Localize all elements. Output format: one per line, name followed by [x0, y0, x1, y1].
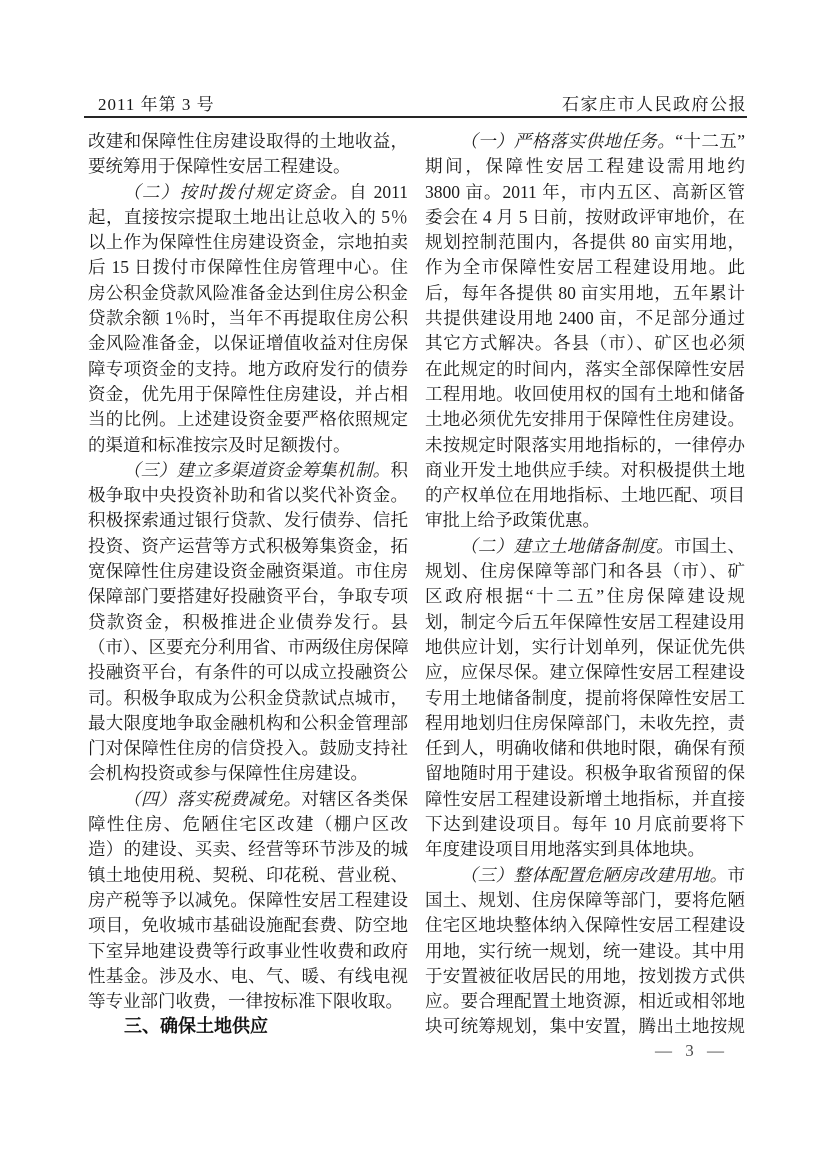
page-header: 2011 年第 3 号 石家庄市人民政府公报 [84, 90, 747, 115]
text-line: （一）严格落实供地任务。“十二五” [425, 129, 745, 154]
line-text: 会机构投资或参与保障性住房建设。 [88, 763, 368, 783]
text-line: 其它方式解决。各县（市）、矿区也必须 [425, 331, 745, 356]
line-text: 性基金。涉及水、电、气、暖、有线电视 [88, 966, 408, 986]
header-rule [84, 116, 747, 118]
text-line: 门对保障性住房的信贷投入。鼓励支持社 [88, 736, 408, 761]
text-line: 地供应计划，实行计划单列，保证优先供 [425, 635, 745, 660]
line-text: 保障部门要搭建好投融资平台，争取专项 [88, 586, 408, 606]
text-line: 司。积极争取成为公积金贷款试点城市， [88, 686, 408, 711]
line-text: 后 15 日拨付市保障性住房管理中心。住 [88, 257, 408, 277]
line-text: 当的比例。上述建设资金要严格依照规定 [88, 409, 408, 429]
text-line: （三）建立多渠道资金筹集机制。积 [88, 458, 408, 483]
line-text: 下室异地建设费等行政事业性收费和政府 [88, 941, 408, 961]
text-line: 程用地划归住房保障部门，未收先控，责 [425, 711, 745, 736]
text-line: 房产税等予以减免。保障性安居工程建设 [88, 888, 408, 913]
line-text: “十二五” [675, 131, 745, 151]
text-line: 后，每年各提供 80 亩实用地，五年累计 [425, 281, 745, 306]
line-text: 划，制定今后五年保障性安居工程建设用 [425, 612, 745, 632]
subsection-title: （二）按时拨付规定资金。 [123, 182, 349, 202]
line-text: 专用土地储备制度，提前将保障性安居工 [425, 688, 745, 708]
text-line: 商业开发土地供应手续。对积极提供土地 [425, 458, 745, 483]
subsection-title: （三）整体配置危陋房改建用地。 [460, 865, 728, 885]
text-line: 下室异地建设费等行政事业性收费和政府 [88, 939, 408, 964]
line-text: 极争取中央投资补助和省以奖代补资金。 [88, 485, 408, 505]
text-line: 改建和保障性住房建设取得的土地收益， [88, 129, 408, 154]
line-text: 以上作为保障性住房建设资金，宗地拍卖 [88, 232, 408, 252]
line-text: 区政府根据“十二五”住房保障建设规 [425, 586, 745, 606]
text-line: 区政府根据“十二五”住房保障建设规 [425, 584, 745, 609]
line-text: 市 [728, 865, 746, 885]
line-text: 镇土地使用税、契税、印花税、营业税、 [88, 865, 408, 885]
text-column-left: 改建和保障性住房建设取得的土地收益，要统筹用于保障性安居工程建设。（二）按时拨付… [88, 129, 408, 1040]
text-line: 规划控制范围内，各提供 80 亩实用地， [425, 230, 745, 255]
line-text: 障性住房、危陋住宅区改建（棚户区改 [88, 814, 408, 834]
text-line: 规划、住房保障等部门和各县（市）、矿 [425, 559, 745, 584]
text-line: （市）、区要充分利用省、市两级住房保障 [88, 635, 408, 660]
text-line: 留地随时用于建设。积极争取省预留的保 [425, 761, 745, 786]
line-text: 应。要合理配置土地资源，相近或相邻地 [425, 991, 745, 1011]
subsection-title: （三）建立多渠道资金筹集机制。 [123, 460, 391, 480]
text-line: 最大限度地争取金融机构和公积金管理部 [88, 711, 408, 736]
line-text: 任到人，明确收储和供地时限，确保有预 [425, 738, 745, 758]
line-text: 年度建设项目用地落实到具体地块。 [425, 839, 705, 859]
line-text: 后，每年各提供 80 亩实用地，五年累计 [425, 283, 745, 303]
line-text: 土地必须优先安排用于保障性住房建设。 [425, 409, 745, 429]
text-line: 3800 亩。2011 年，市内五区、高新区管 [425, 180, 745, 205]
line-text: 项目，免收城市基础设施配套费、防空地 [88, 915, 408, 935]
text-line: 作为全市保障性安居工程建设用地。此 [425, 255, 745, 280]
text-line: 房公积金贷款风险准备金达到住房公积金 [88, 281, 408, 306]
line-text: 造）的建设、买卖、经营等环节涉及的城 [88, 839, 408, 859]
text-line: 的渠道和标准按宗及时足额拨付。 [88, 433, 408, 458]
text-line: 贷款余额 1％时，当年不再提取住房公积 [88, 306, 408, 331]
text-line: 资金，优先用于保障性住房建设，并占相 [88, 382, 408, 407]
line-text: 下达到建设项目。每年 10 月底前要将下 [425, 814, 745, 834]
text-line: 块可统筹规划，集中安置，腾出土地按规 [425, 1014, 745, 1039]
text-line: 造）的建设、买卖、经营等环节涉及的城 [88, 837, 408, 862]
line-text: 最大限度地争取金融机构和公积金管理部 [88, 713, 408, 733]
line-text: 等专业部门收费，一律按标准下限收取。 [88, 991, 403, 1011]
text-line: 要统筹用于保障性安居工程建设。 [88, 154, 408, 179]
text-line: （四）落实税费减免。对辖区各类保 [88, 787, 408, 812]
text-line: 于安置被征收居民的用地，按划拨方式供 [425, 964, 745, 989]
text-line: 障专项资金的支持。地方政府发行的债券 [88, 357, 408, 382]
text-line: 镇土地使用税、契税、印花税、营业税、 [88, 863, 408, 888]
line-text: 积极探索通过银行贷款、发行债券、信托 [88, 510, 408, 530]
page-number: — 3 — [655, 1041, 725, 1061]
line-text: 块可统筹规划，集中安置，腾出土地按规 [425, 1016, 745, 1036]
line-text: 留地随时用于建设。积极争取省预留的保 [425, 763, 745, 783]
line-text: 市国土、 [674, 536, 745, 556]
subsection-title: （四）落实税费减免。 [123, 789, 301, 809]
text-line: （二）建立土地储备制度。市国土、 [425, 534, 745, 559]
line-text: 积 [391, 460, 409, 480]
line-text: 起，直接按宗提取土地出让总收入的 5％ [88, 207, 408, 227]
header-issue-number: 2011 年第 3 号 [84, 90, 215, 115]
text-line: 国土、规划、住房保障等部门，要将危陋 [425, 888, 745, 913]
line-text: 程用地划归住房保障部门，未收先控，责 [425, 713, 745, 733]
header-publication-title: 石家庄市人民政府公报 [562, 90, 747, 115]
line-text: 用地，实行统一规划，统一建设。其中用 [425, 941, 745, 961]
subsection-title: （一）严格落实供地任务。 [460, 131, 675, 151]
line-text: 地供应计划，实行计划单列，保证优先供 [425, 637, 745, 657]
line-text: 未按规定时限落实用地指标的，一律停办 [425, 435, 745, 455]
text-line: 投资、资产运营等方式积极筹集资金，拓 [88, 534, 408, 559]
text-line: 投融资平台，有条件的可以成立投融资公 [88, 660, 408, 685]
text-line: 金风险准备金，以保证增值收益对住房保 [88, 331, 408, 356]
line-text: 资金，优先用于保障性住房建设，并占相 [88, 384, 408, 404]
text-line: 当的比例。上述建设资金要严格依照规定 [88, 407, 408, 432]
text-line: 划，制定今后五年保障性安居工程建设用 [425, 610, 745, 635]
line-text: 障性安居工程建设新增土地指标，并直接 [425, 789, 745, 809]
line-text: 金风险准备金，以保证增值收益对住房保 [88, 333, 408, 353]
line-text: 3800 亩。2011 年，市内五区、高新区管 [425, 182, 745, 202]
line-text: 住宅区地块整体纳入保障性安居工程建设 [425, 915, 745, 935]
line-text: 商业开发土地供应手续。对积极提供土地 [425, 460, 745, 480]
text-line: 等专业部门收费，一律按标准下限收取。 [88, 989, 408, 1014]
line-text: 改建和保障性住房建设取得的土地收益， [88, 131, 408, 151]
line-text: 的渠道和标准按宗及时足额拨付。 [88, 435, 351, 455]
line-text: （市）、区要充分利用省、市两级住房保障 [88, 637, 408, 657]
line-text: 贷款余额 1％时，当年不再提取住房公积 [88, 308, 408, 328]
line-text: 投融资平台，有条件的可以成立投融资公 [88, 662, 408, 682]
line-text: 委会在 4 月 5 日前，按财政评审地价，在 [425, 207, 745, 227]
text-line: 在此规定的时间内，落实全部保障性安居 [425, 357, 745, 382]
line-text: 其它方式解决。各县（市）、矿区也必须 [425, 333, 745, 353]
text-line: （三）整体配置危陋房改建用地。市 [425, 863, 745, 888]
line-text: 应，应保尽保。建立保障性安居工程建设 [425, 662, 745, 682]
text-line: 积极探索通过银行贷款、发行债券、信托 [88, 508, 408, 533]
line-text: 规划控制范围内，各提供 80 亩实用地， [425, 232, 745, 252]
text-line: 任到人，明确收储和供地时限，确保有预 [425, 736, 745, 761]
line-text: 对辖区各类保 [301, 789, 408, 809]
line-text: 国土、规划、住房保障等部门，要将危陋 [425, 890, 745, 910]
text-line: 项目，免收城市基础设施配套费、防空地 [88, 913, 408, 938]
text-line: 应，应保尽保。建立保障性安居工程建设 [425, 660, 745, 685]
text-line: 年度建设项目用地落实到具体地块。 [425, 837, 745, 862]
text-line: 共提供建设用地 2400 亩，不足部分通过 [425, 306, 745, 331]
text-line: 起，直接按宗提取土地出让总收入的 5％ [88, 205, 408, 230]
line-text: 障专项资金的支持。地方政府发行的债券 [88, 359, 408, 379]
text-line: 保障部门要搭建好投融资平台，争取专项 [88, 584, 408, 609]
line-text: 房产税等予以减免。保障性安居工程建设 [88, 890, 408, 910]
line-text: 在此规定的时间内，落实全部保障性安居 [425, 359, 745, 379]
text-line: 后 15 日拨付市保障性住房管理中心。住 [88, 255, 408, 280]
text-line: 未按规定时限落实用地指标的，一律停办 [425, 433, 745, 458]
line-text: 于安置被征收居民的用地，按划拨方式供 [425, 966, 745, 986]
text-line: 下达到建设项目。每年 10 月底前要将下 [425, 812, 745, 837]
gazette-page: 2011 年第 3 号 石家庄市人民政府公报 改建和保障性住房建设取得的土地收益… [0, 0, 826, 1169]
text-line: 专用土地储备制度，提前将保障性安居工 [425, 686, 745, 711]
line-text: 门对保障性住房的信贷投入。鼓励支持社 [88, 738, 408, 758]
text-line: 用地，实行统一规划，统一建设。其中用 [425, 939, 745, 964]
line-text: 作为全市保障性安居工程建设用地。此 [425, 257, 745, 277]
text-line: （二）按时拨付规定资金。自 2011 年 [88, 180, 408, 205]
text-line: 以上作为保障性住房建设资金，宗地拍卖 [88, 230, 408, 255]
line-text: 投资、资产运营等方式积极筹集资金，拓 [88, 536, 408, 556]
text-line: 的产权单位在用地指标、土地匹配、项目 [425, 483, 745, 508]
text-line: 贷款资金，积极推进企业债券发行。县 [88, 610, 408, 635]
text-line: 期间，保障性安居工程建设需用地约 [425, 154, 745, 179]
line-text: 要统筹用于保障性安居工程建设。 [88, 156, 351, 176]
line-text: 审批上给予政策优惠。 [425, 510, 600, 530]
line-text: 宽保障性住房建设资金融资渠道。市住房 [88, 561, 408, 581]
text-line: 性基金。涉及水、电、气、暖、有线电视 [88, 964, 408, 989]
section-heading: 三、确保土地供应 [88, 1014, 408, 1039]
text-line: 委会在 4 月 5 日前，按财政评审地价，在 [425, 205, 745, 230]
text-line: 障性安居工程建设新增土地指标，并直接 [425, 787, 745, 812]
line-text: 房公积金贷款风险准备金达到住房公积金 [88, 283, 408, 303]
text-line: 住宅区地块整体纳入保障性安居工程建设 [425, 913, 745, 938]
line-text: 三、确保土地供应 [124, 1016, 268, 1036]
line-text: 工程用地。收回使用权的国有土地和储备 [425, 384, 745, 404]
line-text: 司。积极争取成为公积金贷款试点城市， [88, 688, 408, 708]
text-line: 应。要合理配置土地资源，相近或相邻地 [425, 989, 745, 1014]
text-line: 障性住房、危陋住宅区改建（棚户区改 [88, 812, 408, 837]
text-column-right: （一）严格落实供地任务。“十二五”期间，保障性安居工程建设需用地约3800 亩。… [425, 129, 745, 1040]
text-line: 宽保障性住房建设资金融资渠道。市住房 [88, 559, 408, 584]
text-line: 极争取中央投资补助和省以奖代补资金。 [88, 483, 408, 508]
line-text: 期间，保障性安居工程建设需用地约 [425, 156, 745, 176]
text-line: 审批上给予政策优惠。 [425, 508, 745, 533]
line-text: 的产权单位在用地指标、土地匹配、项目 [425, 485, 745, 505]
line-text: 规划、住房保障等部门和各县（市）、矿 [425, 561, 745, 581]
subsection-title: （二）建立土地储备制度。 [460, 536, 674, 556]
line-text: 贷款资金，积极推进企业债券发行。县 [88, 612, 408, 632]
line-text: 共提供建设用地 2400 亩，不足部分通过 [425, 308, 745, 328]
text-line: 土地必须优先安排用于保障性住房建设。 [425, 407, 745, 432]
text-line: 工程用地。收回使用权的国有土地和储备 [425, 382, 745, 407]
text-line: 会机构投资或参与保障性住房建设。 [88, 761, 408, 786]
